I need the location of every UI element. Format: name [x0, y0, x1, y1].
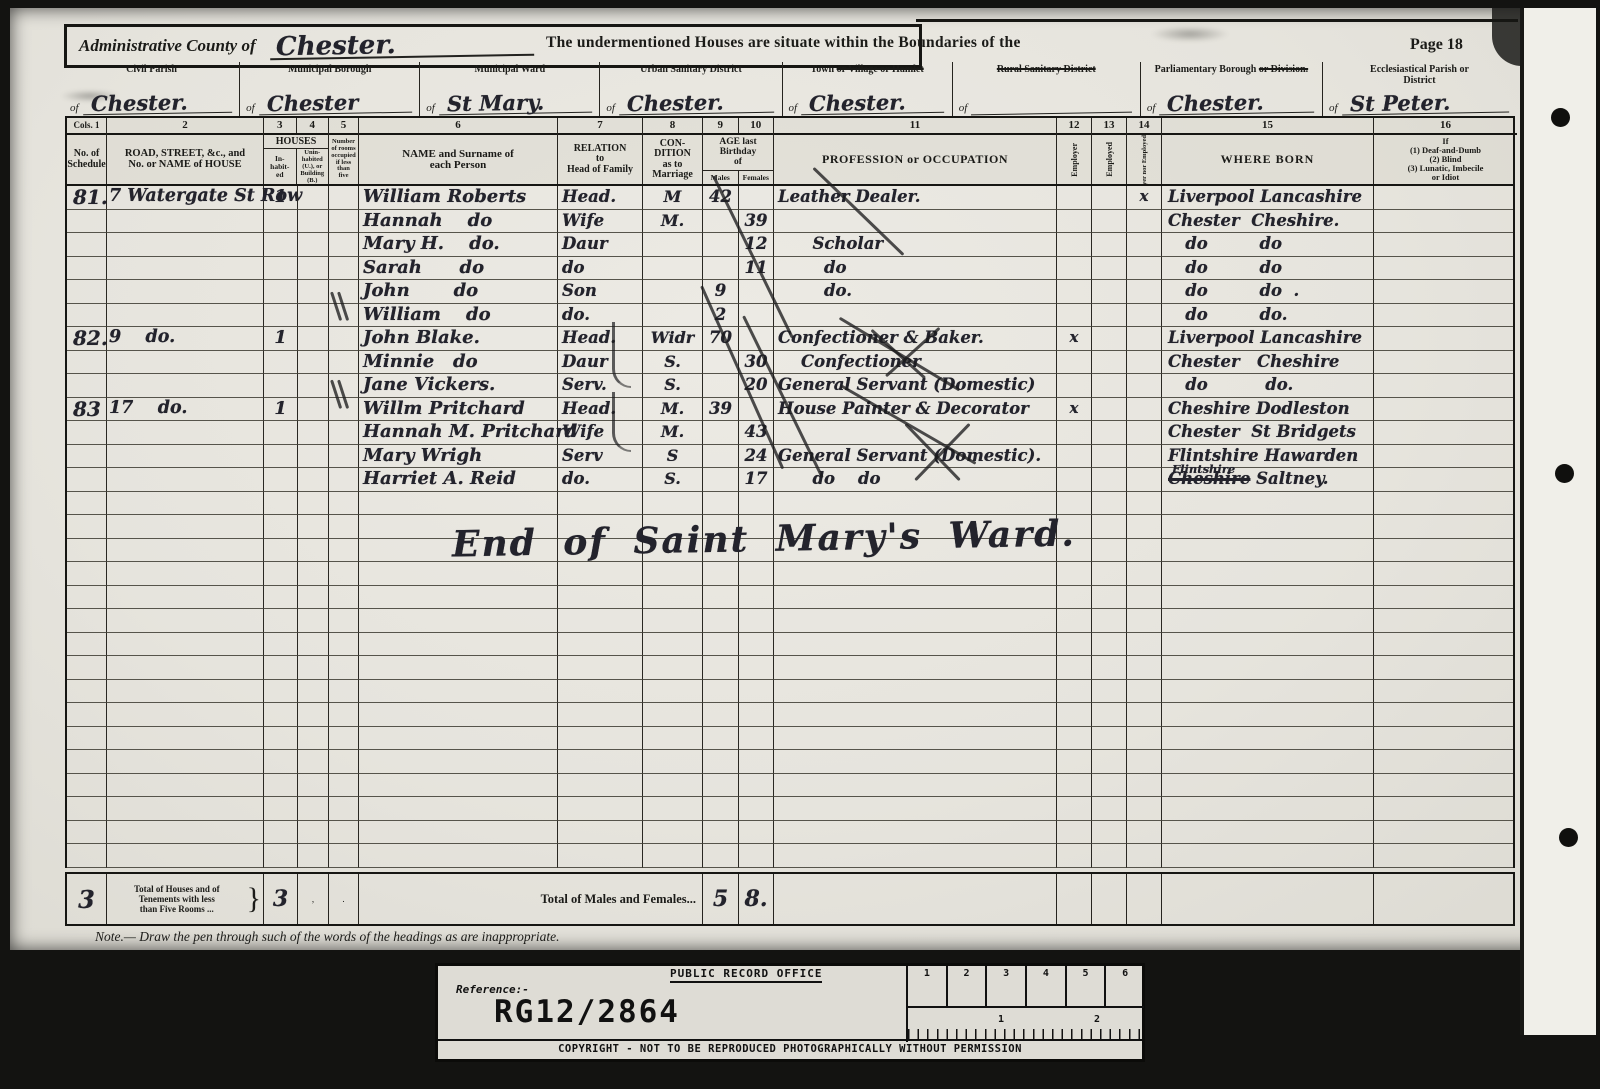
- cell-relation: [558, 774, 643, 798]
- cell-condition: M.: [643, 398, 703, 422]
- cell-inhabited: [264, 492, 298, 516]
- cell-born: [1162, 586, 1374, 610]
- cell-road: [107, 727, 264, 751]
- cell-rooms: [329, 727, 359, 751]
- cell-neither: [1127, 774, 1162, 798]
- cell-age_f: [739, 562, 774, 586]
- cell-road: [107, 680, 264, 704]
- col-number: 6: [359, 118, 557, 135]
- cell-schedule: [67, 797, 107, 821]
- cell-rooms: [329, 351, 359, 375]
- cell-condition: [643, 562, 703, 586]
- cell-employed: [1092, 844, 1127, 868]
- cell-inhabited: [264, 727, 298, 751]
- cell-relation: [558, 633, 643, 657]
- age-group-title: AGE last Birthday of: [703, 135, 773, 170]
- cell-employer: [1057, 844, 1092, 868]
- cell-born: [1162, 515, 1374, 539]
- cell-uninhabited: [298, 257, 329, 281]
- cell-rooms: [329, 186, 359, 210]
- ruler-number: 2: [948, 966, 988, 1006]
- cell-employed: [1092, 468, 1127, 492]
- cell-schedule: [67, 210, 107, 234]
- col-label: NAME and Surname of each Person: [359, 135, 557, 184]
- cell-name: Sarah do: [359, 257, 558, 281]
- cell-age_f: [739, 492, 774, 516]
- ruler-number: 5: [1067, 966, 1107, 1006]
- cell-occupation: [774, 821, 1057, 845]
- col-profession: 11 PROFESSION or OCCUPATION: [774, 118, 1057, 184]
- cell-neither: [1127, 492, 1162, 516]
- cell-neither: [1127, 468, 1162, 492]
- col-number: 14: [1127, 118, 1161, 135]
- cell-age_m: [703, 821, 739, 845]
- cell-relation: Head.: [558, 186, 643, 210]
- cell-infirm: [1374, 186, 1515, 210]
- cell-rooms: [329, 445, 359, 469]
- cell-employed: [1092, 257, 1127, 281]
- cell-born: CheshireFlintshire Saltney.: [1162, 468, 1374, 492]
- cell-name: [359, 703, 558, 727]
- cell-schedule: 81.: [67, 186, 107, 210]
- col-numbers: 3 4: [264, 118, 328, 135]
- cell-employer: [1057, 280, 1092, 304]
- cell-age_m: [703, 233, 739, 257]
- cell-born: [1162, 492, 1374, 516]
- of-label: of: [246, 102, 255, 114]
- cell-born: do do.: [1162, 304, 1374, 328]
- cell-employer: [1057, 727, 1092, 751]
- cell-infirm: [1374, 233, 1515, 257]
- cell-name: [359, 774, 558, 798]
- cell-rooms: [329, 750, 359, 774]
- cell-age_m: [703, 633, 739, 657]
- cell-inhabited: [264, 656, 298, 680]
- of-label: of: [70, 102, 79, 114]
- cell-occupation: House Painter & Decorator: [774, 398, 1057, 422]
- district-urban-sanitary: Urban Sanitary District ofChester.: [600, 62, 782, 116]
- cell-road: 17 do.: [107, 398, 264, 422]
- cell-relation: [558, 703, 643, 727]
- col-employed: 13 Employed: [1092, 118, 1127, 184]
- cell-uninhabited: [298, 797, 329, 821]
- cell-neither: [1127, 844, 1162, 868]
- cell-rooms: [329, 797, 359, 821]
- col-relation: 7 RELATION to Head of Family: [558, 118, 643, 184]
- cell-condition: [643, 280, 703, 304]
- ruler-number: 1: [998, 1014, 1004, 1025]
- cell-employed: [1092, 515, 1127, 539]
- cell-name: Mary Wrigh: [359, 445, 558, 469]
- cell-condition: [643, 750, 703, 774]
- cell-inhabited: [264, 844, 298, 868]
- district-header-band: Civil Parish ofChester. Municipal Boroug…: [64, 62, 1516, 116]
- cell-rooms: [329, 821, 359, 845]
- cell-age_m: [703, 421, 739, 445]
- cell-uninhabited: [298, 680, 329, 704]
- cell-schedule: [67, 774, 107, 798]
- district-value: Chester.: [1159, 92, 1314, 116]
- of-label: of: [606, 102, 615, 114]
- col-label: Number of rooms occupied if less than fi…: [329, 135, 358, 184]
- cell-road: [107, 609, 264, 633]
- cell-rooms: [329, 703, 359, 727]
- col-rooms: 5 Number of rooms occupied if less than …: [329, 118, 359, 184]
- cell-employer: [1057, 797, 1092, 821]
- cell-schedule: [67, 727, 107, 751]
- cell-road: [107, 562, 264, 586]
- household-bracket: [612, 392, 631, 452]
- cell-born: [1162, 656, 1374, 680]
- cell-schedule: [67, 233, 107, 257]
- cell-employed: [1092, 633, 1127, 657]
- cell-neither: [1127, 797, 1162, 821]
- cell-uninhabited: [298, 844, 329, 868]
- cell-neither: [1127, 539, 1162, 563]
- cell-relation: [558, 680, 643, 704]
- cell-schedule: [67, 703, 107, 727]
- cell-born: [1162, 821, 1374, 845]
- houses-total-label-cell: Total of Houses and of Tenements with le…: [107, 874, 264, 924]
- ruler-number: 4: [1027, 966, 1067, 1006]
- cell-age_f: 39: [739, 210, 774, 234]
- col-number: 11: [774, 118, 1056, 135]
- cell-employed: [1092, 492, 1127, 516]
- cell-condition: [643, 492, 703, 516]
- of-label: of: [1329, 102, 1338, 114]
- cell-employed: [1092, 539, 1127, 563]
- males-total: 5: [703, 874, 739, 924]
- cell-relation: [558, 586, 643, 610]
- cell-uninhabited: [298, 515, 329, 539]
- cell-age_m: [703, 656, 739, 680]
- cell-road: [107, 633, 264, 657]
- district-label: Ecclesiastical Parish or District: [1370, 64, 1469, 86]
- cell-relation: do.: [558, 468, 643, 492]
- cell-occupation: do.: [774, 280, 1057, 304]
- cell-born: [1162, 703, 1374, 727]
- cell-schedule: [67, 633, 107, 657]
- cell-infirm: [1374, 327, 1515, 351]
- cell-condition: [643, 844, 703, 868]
- cell-uninhabited: [298, 186, 329, 210]
- ruler-number: 1: [908, 966, 948, 1006]
- males-label: Males: [703, 171, 739, 184]
- cell-name: [359, 727, 558, 751]
- cell-schedule: [67, 280, 107, 304]
- cell-occupation: [774, 727, 1057, 751]
- cell-road: [107, 539, 264, 563]
- stamp-reference-value: RG12/2864: [494, 994, 680, 1030]
- cell-infirm: [1374, 633, 1515, 657]
- cell-name: [359, 750, 558, 774]
- cell-inhabited: 1: [264, 398, 298, 422]
- cell-age_f: [739, 586, 774, 610]
- cell-condition: [643, 727, 703, 751]
- cell-schedule: [67, 750, 107, 774]
- cell-infirm: [1374, 210, 1515, 234]
- cell-neither: [1127, 727, 1162, 751]
- ruler-number: 3: [987, 966, 1027, 1006]
- cell-employed: [1092, 727, 1127, 751]
- cell-road: [107, 421, 264, 445]
- cell-employer: [1057, 304, 1092, 328]
- cell-uninhabited: [298, 586, 329, 610]
- cell-relation: Daur: [558, 233, 643, 257]
- cell-infirm: [1374, 562, 1515, 586]
- top-border-rule: [916, 19, 1518, 22]
- district-parliamentary-borough: Parliamentary Borough or Division. ofChe…: [1141, 62, 1323, 116]
- col-where-born: 15 WHERE BORN: [1162, 118, 1374, 184]
- col-condition: 8 CON- DITION as to Marriage: [643, 118, 703, 184]
- cell-age_m: [703, 609, 739, 633]
- cell-infirm: [1374, 750, 1515, 774]
- cell-condition: [643, 257, 703, 281]
- cell-road: [107, 351, 264, 375]
- cell-age_m: [703, 680, 739, 704]
- cell-name: [359, 586, 558, 610]
- cell-infirm: [1374, 680, 1515, 704]
- cell-name: William do: [359, 304, 558, 328]
- cell-uninhabited: [298, 351, 329, 375]
- punch-hole: [1555, 464, 1574, 483]
- cell-born: Chester St Bridgets: [1162, 421, 1374, 445]
- cell-employed: [1092, 797, 1127, 821]
- cell-neither: [1127, 233, 1162, 257]
- cell-condition: [643, 586, 703, 610]
- cell-schedule: 83: [67, 398, 107, 422]
- cell-age_f: [739, 703, 774, 727]
- cell-infirm: [1374, 774, 1515, 798]
- district-municipal-borough: Municipal Borough ofChester: [240, 62, 420, 116]
- cell-age_f: [739, 609, 774, 633]
- houses-group-title: HOUSES: [264, 135, 328, 149]
- pro-reference-stamp: PUBLIC RECORD OFFICE Reference:- RG12/28…: [435, 963, 1145, 1062]
- cell-rooms: [329, 233, 359, 257]
- col-numbers: 9 10: [703, 118, 773, 135]
- cell-occupation: [774, 680, 1057, 704]
- cell-schedule: [67, 468, 107, 492]
- cell-neither: x: [1127, 186, 1162, 210]
- cell-employer: [1057, 351, 1092, 375]
- district-label-struck: or Division.: [1259, 64, 1308, 75]
- cell-condition: S.: [643, 468, 703, 492]
- cell-name: John Blake.: [359, 327, 558, 351]
- district-label: Municipal Borough: [288, 64, 371, 75]
- cell-uninhabited: [298, 656, 329, 680]
- col-neither: 14 Neither Employer nor Employed: [1127, 118, 1162, 184]
- cell-born: [1162, 844, 1374, 868]
- cell-condition: [643, 774, 703, 798]
- cell-employer: [1057, 233, 1092, 257]
- cell-employed: [1092, 327, 1127, 351]
- ruler-number: 6: [1106, 966, 1144, 1006]
- cell-name: Hannah M. Pritchard: [359, 421, 558, 445]
- cell-infirm: [1374, 727, 1515, 751]
- cell-schedule: [67, 257, 107, 281]
- household-bracket: [612, 322, 631, 388]
- cell-occupation: [774, 492, 1057, 516]
- district-label: Civil Parish: [126, 64, 177, 75]
- cell-relation: [558, 492, 643, 516]
- cell-inhabited: [264, 703, 298, 727]
- cell-schedule: [67, 304, 107, 328]
- cell-uninhabited: [298, 445, 329, 469]
- cell-occupation: General Servant (Domestic): [774, 374, 1057, 398]
- cell-born: Chester Cheshire: [1162, 351, 1374, 375]
- cell-employer: [1057, 750, 1092, 774]
- cell-neither: [1127, 445, 1162, 469]
- cell-condition: M.: [643, 210, 703, 234]
- cell-age_m: [703, 797, 739, 821]
- cell-infirm: [1374, 703, 1515, 727]
- cell-age_m: [703, 257, 739, 281]
- cell-name: [359, 680, 558, 704]
- cell-inhabited: [264, 609, 298, 633]
- cell-inhabited: [264, 233, 298, 257]
- totals-row: 3 Total of Houses and of Tenements with …: [65, 872, 1515, 926]
- cell-age_f: [739, 633, 774, 657]
- district-value: Chester.: [801, 92, 944, 115]
- cell-condition: [643, 797, 703, 821]
- cell-age_m: [703, 492, 739, 516]
- cell-age_m: [703, 844, 739, 868]
- cell-rooms: [329, 539, 359, 563]
- cell-condition: M.: [643, 421, 703, 445]
- cell-relation: Son: [558, 280, 643, 304]
- cell-neither: [1127, 280, 1162, 304]
- cell-inhabited: [264, 515, 298, 539]
- district-label-struck: Rural Sanitary District: [997, 64, 1096, 75]
- cell-road: [107, 233, 264, 257]
- district-municipal-ward: Municipal Ward ofSt Mary.: [420, 62, 600, 116]
- cell-uninhabited: [298, 774, 329, 798]
- cell-name: Jane Vickers.: [359, 374, 558, 398]
- district-value: [971, 112, 1132, 116]
- district-label: Municipal Ward: [475, 64, 546, 75]
- cell-employed: [1092, 210, 1127, 234]
- cell-neither: [1127, 304, 1162, 328]
- cell-name: [359, 633, 558, 657]
- col-number: 5: [329, 118, 358, 135]
- cell-rooms: [329, 774, 359, 798]
- district-label: Parliamentary Borough: [1155, 64, 1257, 75]
- cell-neither: [1127, 750, 1162, 774]
- cell-occupation: [774, 210, 1057, 234]
- cell-employer: [1057, 680, 1092, 704]
- stamp-ruler-cm: 1 2: [906, 1008, 1144, 1042]
- cell-occupation: [774, 304, 1057, 328]
- cell-born: [1162, 727, 1374, 751]
- cell-age_f: [739, 727, 774, 751]
- cell-neither: [1127, 633, 1162, 657]
- cell-born: Liverpool Lancashire: [1162, 186, 1374, 210]
- cell-inhabited: [264, 821, 298, 845]
- cell-occupation: [774, 774, 1057, 798]
- col-label: WHERE BORN: [1162, 135, 1373, 184]
- cell-age_f: 17: [739, 468, 774, 492]
- col-label: No. of Schedule: [67, 135, 106, 184]
- cell-inhabited: [264, 445, 298, 469]
- cell-neither: [1127, 421, 1162, 445]
- district-label-struck: or Village or Hamlet: [837, 64, 924, 75]
- cell-inhabited: 1: [264, 327, 298, 351]
- cell-condition: S.: [643, 351, 703, 375]
- cell-employed: [1092, 280, 1127, 304]
- cell-employer: [1057, 421, 1092, 445]
- cell-occupation: Leather Dealer.: [774, 186, 1057, 210]
- cell-occupation: do: [774, 257, 1057, 281]
- cell-road: [107, 445, 264, 469]
- col-employer: 12 Employer: [1057, 118, 1092, 184]
- cell-relation: [558, 562, 643, 586]
- cell-employed: [1092, 374, 1127, 398]
- cell-relation: [558, 844, 643, 868]
- stamp-copyright: COPYRIGHT - NOT TO BE REPRODUCED PHOTOGR…: [438, 1039, 1142, 1059]
- census-scan: { "page": { "admin_county_label": "Admin…: [0, 0, 1600, 1089]
- cell-neither: [1127, 374, 1162, 398]
- col-houses-group: 3 4 HOUSES In- habit- ed Unin- habited (…: [264, 118, 329, 184]
- cell-rooms: [329, 609, 359, 633]
- cell-road: [107, 703, 264, 727]
- cell-rooms: [329, 633, 359, 657]
- cell-rooms: [329, 257, 359, 281]
- cell-schedule: [67, 445, 107, 469]
- cell-born: Cheshire Dodleston: [1162, 398, 1374, 422]
- cell-inhabited: [264, 680, 298, 704]
- district-town: Town or Village or Hamlet ofChester.: [783, 62, 953, 116]
- cell-name: [359, 492, 558, 516]
- cell-age_f: [739, 797, 774, 821]
- cell-born: [1162, 680, 1374, 704]
- cell-age_f: 24: [739, 445, 774, 469]
- cell-uninhabited: [298, 421, 329, 445]
- cell-name: [359, 609, 558, 633]
- punch-hole: [1551, 108, 1570, 127]
- cell-occupation: Scholar: [774, 233, 1057, 257]
- cell-road: [107, 750, 264, 774]
- cell-uninhabited: [298, 609, 329, 633]
- cell-uninhabited: [298, 633, 329, 657]
- cell-road: [107, 492, 264, 516]
- district-value: St Mary.: [439, 92, 592, 116]
- stamp-ruler-inches: 1 2 3 4 5 6: [906, 966, 1144, 1008]
- cell-condition: [643, 703, 703, 727]
- cell-road: 7 Watergate St Row: [107, 186, 264, 210]
- cell-condition: [643, 821, 703, 845]
- cell-age_m: [703, 774, 739, 798]
- cell-occupation: [774, 609, 1057, 633]
- col-number: 15: [1162, 118, 1373, 135]
- cell-infirm: [1374, 609, 1515, 633]
- cell-schedule: [67, 351, 107, 375]
- of-label: of: [426, 102, 435, 114]
- cell-inhabited: [264, 562, 298, 586]
- cell-employed: [1092, 445, 1127, 469]
- cell-uninhabited: [298, 398, 329, 422]
- rooms-total-mark: .: [329, 874, 359, 924]
- col-label: ROAD, STREET, &c., and No. or NAME of HO…: [107, 135, 263, 184]
- cell-born: [1162, 609, 1374, 633]
- cell-age_m: [703, 468, 739, 492]
- district-value: Chester.: [619, 92, 774, 116]
- col-label: CON- DITION as to Marriage: [643, 135, 702, 184]
- cell-occupation: [774, 797, 1057, 821]
- cell-schedule: [67, 421, 107, 445]
- col-uninhabited-label: Unin- habited (U.), or Building (B.): [297, 149, 329, 184]
- cell-neither: [1127, 351, 1162, 375]
- cell-schedule: [67, 844, 107, 868]
